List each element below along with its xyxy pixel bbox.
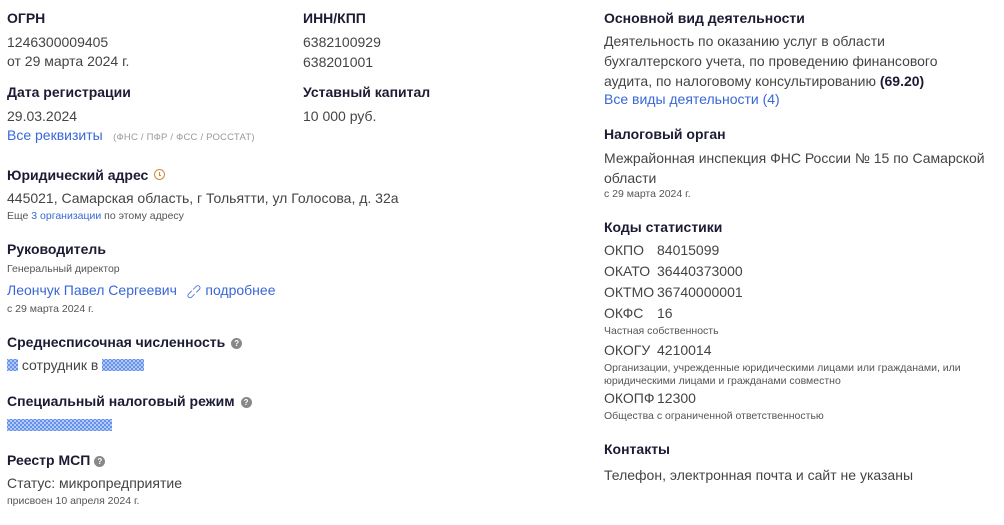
code-okpo: ОКПО84015099 [604, 240, 999, 261]
ogrn-value: 1246300009405 [7, 32, 108, 52]
contacts-label: Контакты [604, 440, 670, 458]
contacts-value: Телефон, электронная почта и сайт не ука… [604, 465, 913, 485]
okogu-note: Организации, учрежденные юридическими ли… [604, 362, 999, 388]
help-icon[interactable]: ? [241, 397, 252, 408]
requisites-sources: (ФНС / ПФР / ФСС / РОССТАТ) [113, 132, 255, 143]
registration-value: 29.03.2024 [7, 106, 77, 126]
code-okfs: ОКФС16 [604, 303, 999, 324]
tax-authority-value: Межрайонная инспекция ФНС России № 15 по… [604, 148, 999, 188]
hidden-count-blur[interactable] [7, 359, 18, 371]
msp-label: Реестр МСП [7, 452, 90, 468]
director-name-link[interactable]: Леончук Павел Сергеевич [7, 282, 177, 298]
tax-authority-label: Налоговый орган [604, 125, 726, 143]
all-requisites-link[interactable]: Все реквизиты [7, 127, 103, 143]
employees-heading: Среднесписочная численность? [7, 333, 242, 351]
hidden-regime-blur[interactable] [7, 419, 112, 431]
clock-icon[interactable] [154, 169, 165, 180]
tax-regime-heading: Специальный налоговый режим? [7, 392, 252, 410]
ogrn-label: ОГРН [7, 9, 45, 27]
address-value: 445021, Самарская область, г Тольятти, у… [7, 188, 399, 208]
director-details-link[interactable]: подробнее [205, 282, 275, 298]
activity-label: Основной вид деятельности [604, 9, 805, 27]
tax-regime-value [7, 417, 112, 435]
tax-authority-since: с 29 марта 2024 г. [604, 187, 691, 201]
director-row: Леончук Павел Сергеевич⊂⊃подробнее [7, 280, 275, 302]
address-orgs-link[interactable]: 3 организации [31, 210, 101, 222]
kpp-value: 638201001 [303, 52, 373, 72]
help-icon[interactable]: ? [94, 456, 105, 467]
employees-value: сотрудник в [7, 355, 144, 375]
stat-codes-label: Коды статистики [604, 218, 722, 236]
msp-status: Статус: микропредприятие [7, 473, 182, 493]
inn-value: 6382100929 [303, 32, 381, 52]
msp-heading: Реестр МСП? [7, 451, 105, 469]
activity-description: Деятельность по оказанию услуг в области… [604, 31, 964, 91]
okopf-note: Общества с ограниченной ответственностью [604, 409, 999, 423]
employees-text: сотрудник в [22, 357, 98, 373]
link-icon: ⊂⊃ [181, 278, 208, 305]
help-icon[interactable]: ? [231, 338, 242, 349]
code-oktmo: ОКТМО36740000001 [604, 282, 999, 303]
capital-value: 10 000 руб. [303, 106, 376, 126]
capital-label: Уставный капитал [303, 83, 430, 101]
director-label: Руководитель [7, 240, 106, 258]
address-heading: Юридический адрес [7, 166, 165, 184]
ogrn-date: от 29 марта 2024 г. [7, 51, 129, 71]
code-okogu: ОКОГУ4210014 [604, 340, 999, 361]
hidden-year-blur[interactable] [102, 359, 144, 371]
okfs-note: Частная собственность [604, 324, 999, 338]
registration-label: Дата регистрации [7, 83, 131, 101]
code-okato: ОКАТО36440373000 [604, 261, 999, 282]
director-position: Генеральный директор [7, 262, 120, 276]
code-okopf: ОКОПФ12300 [604, 388, 999, 409]
address-more: Еще 3 организации по этому адресу [7, 209, 184, 223]
employees-label: Среднесписочная численность [7, 334, 225, 350]
activity-code: (69.20) [880, 73, 924, 89]
tax-regime-label: Специальный налоговый режим [7, 393, 235, 409]
inn-kpp-label: ИНН/КПП [303, 9, 366, 27]
requisites-row: Все реквизиты (ФНС / ПФР / ФСС / РОССТАТ… [7, 127, 255, 145]
address-more-prefix: Еще [7, 210, 28, 222]
director-since: с 29 марта 2024 г. [7, 302, 94, 316]
all-activities-link[interactable]: Все виды деятельности (4) [604, 89, 780, 109]
address-more-suffix: по этому адресу [104, 210, 184, 222]
address-label: Юридический адрес [7, 167, 148, 183]
stat-codes-list: ОКПО84015099 ОКАТО36440373000 ОКТМО36740… [604, 240, 999, 423]
msp-assigned: присвоен 10 апреля 2024 г. [7, 494, 139, 508]
